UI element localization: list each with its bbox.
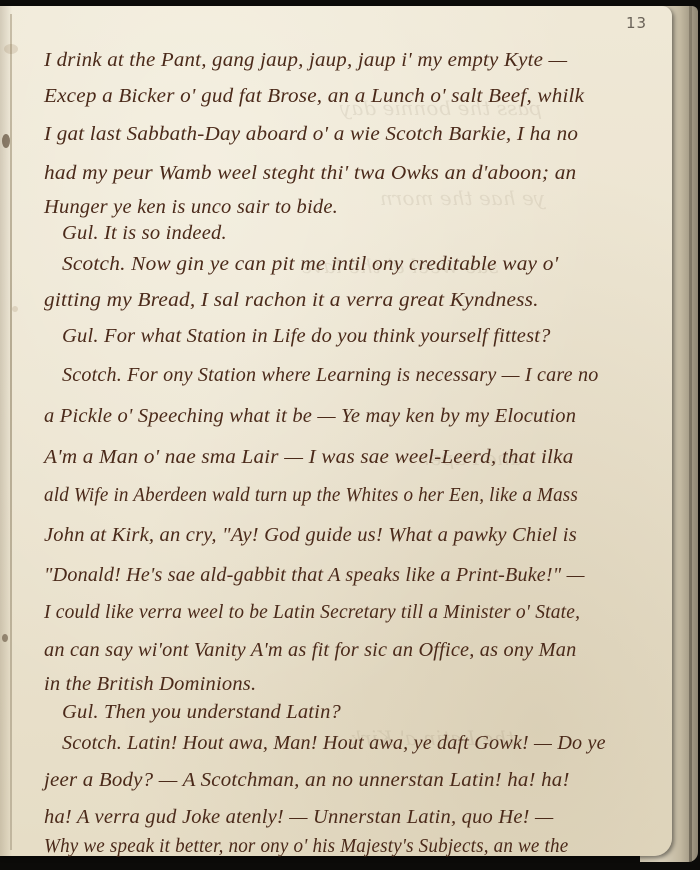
binding-fold-line: [10, 14, 12, 850]
text-line: A'm a Man o' nae sma Lair — I was sae we…: [44, 446, 573, 469]
paper-stain: [12, 306, 18, 312]
text-line: Hunger ye ken is unco sair to bide.: [44, 196, 338, 219]
text-line: ha! A verra gud Joke atenly! — Unnerstan…: [44, 806, 553, 829]
text-line: John at Kirk, an cry, "Ay! God guide us!…: [44, 524, 577, 547]
paper-stain: [2, 634, 8, 642]
text-line: I could like verra weel to be Latin Secr…: [44, 601, 580, 624]
bleed-through-text: ye hae the morn: [380, 186, 545, 210]
text-line: a Pickle o' Speeching what it be — Ye ma…: [44, 405, 576, 428]
text-line: Excep a Bicker o' gud fat Brose, an a Lu…: [44, 85, 584, 108]
text-line: in the British Dominions.: [44, 673, 256, 696]
text-line: ald Wife in Aberdeen wald turn up the Wh…: [44, 484, 578, 507]
text-line: an can say wi'ont Vanity A'm as fit for …: [44, 639, 576, 662]
paper-stain: [2, 134, 10, 148]
text-line: Scotch. For ony Station where Learning i…: [62, 364, 598, 387]
paper-stain: [4, 44, 18, 54]
text-line: Gul. For what Station in Life do you thi…: [62, 325, 551, 348]
text-line: Gul. It is so indeed.: [62, 222, 227, 245]
text-line: "Donald! He's sae ald-gabbit that A spea…: [44, 564, 585, 587]
text-line: I drink at the Pant, gang jaup, jaup, ja…: [44, 49, 567, 72]
page-number: 13: [626, 14, 647, 32]
text-line: Scotch. Now gin ye can pit me intil ony …: [62, 253, 558, 276]
manuscript-page: pass the bonnie day ye hae the morn sae …: [0, 6, 672, 856]
text-line: I gat last Sabbath-Day aboard o' a wie S…: [44, 123, 578, 146]
manuscript-scan: pass the bonnie day ye hae the morn sae …: [0, 0, 700, 870]
text-line: gitting my Bread, I sal rachon it a verr…: [44, 289, 539, 312]
text-line: jeer a Body? — A Scotchman, an no unners…: [44, 769, 570, 792]
text-line: Scotch. Latin! Hout awa, Man! Hout awa, …: [62, 732, 606, 755]
text-line: Why we speak it better, nor ony o' his M…: [44, 835, 568, 858]
text-line: had my peur Wamb weel steght thi' twa Ow…: [44, 162, 576, 185]
text-line: Gul. Then you understand Latin?: [62, 701, 341, 724]
